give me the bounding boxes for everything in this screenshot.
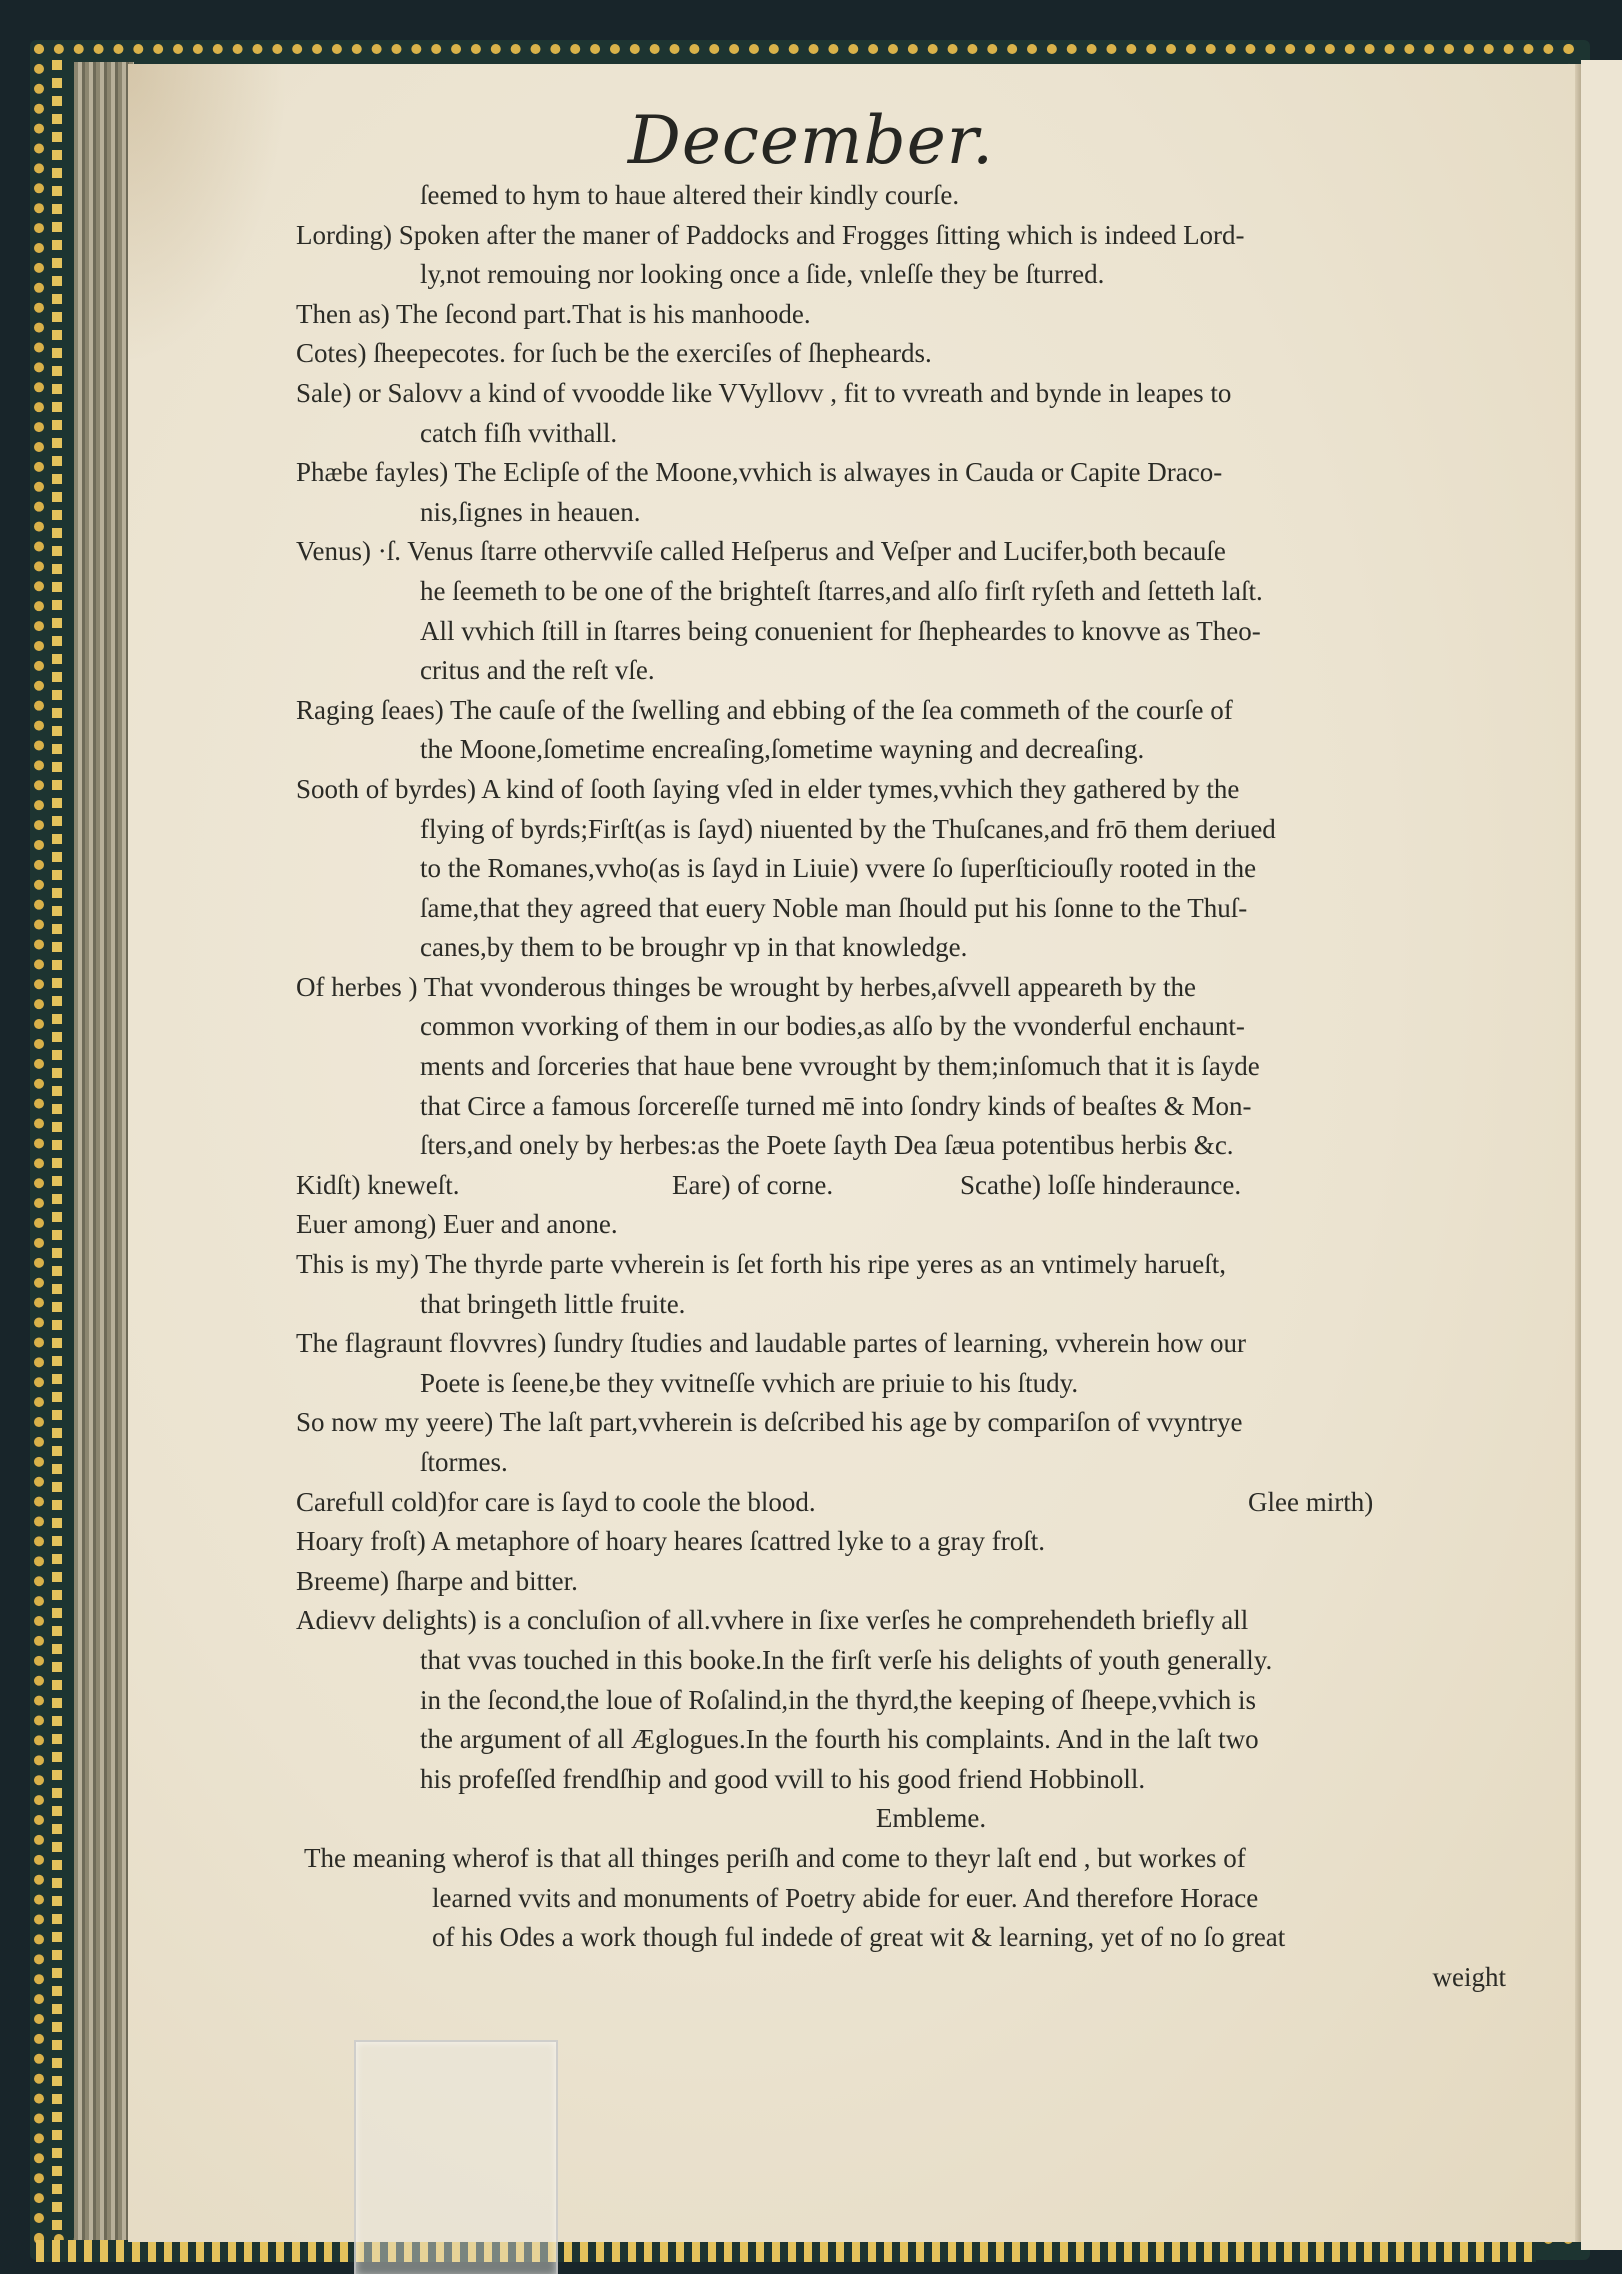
gloss-entry-continuation: All vvhich ſtill in ſtarres being conuen… [296,612,1506,652]
gloss-definition: The laſt part,vvherein is deſcribed his … [499,1407,1242,1437]
page-gutter [1575,64,1581,2242]
gloss-term: Scathe) [960,1166,1041,1206]
gloss-entry: Euer among) Euer and anone. [296,1205,1506,1245]
adjacent-page-edge [1581,60,1622,2250]
gloss-careful-row: Carefull cold)for care is ſayd to coole … [296,1483,1506,1523]
gloss-entry: Raging ſeaes) The cauſe of the ſwelling … [296,691,1506,770]
page-heading: December. [0,102,1622,179]
gloss-entry-first-line: So now my yeere) The laſt part,vvherein … [296,1403,1506,1443]
gloss-term: So now my yeere) [296,1407,493,1437]
gloss-entry: Adievv delights) is a concluſion of all.… [296,1601,1506,1799]
gloss-definition: ſundry ſtudies and laudable partes of le… [553,1328,1246,1358]
gloss-entry-continuation: nis,ſignes in heauen. [296,493,1506,533]
gloss-entry: Hoary froſt) A metaphore of hoary heares… [296,1522,1506,1562]
gloss-entry-continuation: Poete is ſeene,be they vvitneſſe vvhich … [296,1364,1506,1404]
emblem-line: The meaning wherof is that all thinges p… [296,1839,1506,1879]
gloss-entry-scathe: Scathe) loſſe hinderaunce. [960,1166,1241,1206]
gloss-term: Of herbes ) [296,972,417,1002]
gloss-term: Raging ſeaes) [296,695,444,725]
gloss-entry-first-line: This is my) The thyrde parte vvherein is… [296,1245,1506,1285]
gloss-entry-glee: Glee mirth) [1248,1483,1373,1523]
gloss-entry-first-line: Sooth of byrdes) A kind of ſooth ſaying … [296,770,1506,810]
gloss-entry-first-line: Phæbe fayles) The Eclipſe of the Moone,v… [296,453,1506,493]
gloss-entry-first-line: Cotes) ſheepecotes. for ſuch be the exer… [296,334,1506,374]
gloss-entry: Sooth of byrdes) A kind of ſooth ſaying … [296,770,1506,968]
gloss-entry-eare: Eare) of corne. [672,1166,960,1206]
gloss-entry-first-line: The flagraunt flovvres) ſundry ſtudies a… [296,1324,1506,1364]
gloss-definition: for care is ſayd to coole the blood. [447,1483,816,1523]
gloss-entry-first-line: Sale) or Salovv a kind of vvoodde like V… [296,374,1506,414]
gloss-lead-line: ſeemed to hym to haue altered their kind… [296,176,1506,216]
gloss-entry-continuation: ly,not remouing nor looking once a ſide,… [296,255,1506,295]
gloss-entry-continuation: ments and ſorceries that haue bene vvrou… [296,1047,1506,1087]
gloss-definition: The ſecond part.That is his manhoode. [396,299,811,329]
gloss-entries-group-3: Hoary froſt) A metaphore of hoary heares… [296,1522,1506,1799]
gilt-inner-border [52,60,62,2230]
gloss-triple-row: Kidſt) kneweſt. Eare) of corne. Scathe) … [296,1166,1506,1206]
gloss-entry-continuation: flying of byrds;Firſt(as is ſayd) niuent… [296,810,1506,850]
gloss-entry-carefull: Carefull cold)for care is ſayd to coole … [296,1483,1248,1523]
gloss-term: Breeme) [296,1566,389,1596]
gloss-entry-kidst: Kidſt) kneweſt. [296,1166,672,1206]
gloss-entry-first-line: Raging ſeaes) The cauſe of the ſwelling … [296,691,1506,731]
gloss-term: Sooth of byrdes) [296,774,476,804]
gloss-term: This is my) [296,1249,419,1279]
page-weight-clip [354,2040,558,2274]
gloss-definition: Euer and anone. [443,1209,618,1239]
gloss-entry-first-line: Lording) Spoken after the maner of Paddo… [296,216,1506,256]
gloss-entry: Sale) or Salovv a kind of vvoodde like V… [296,374,1506,453]
gloss-entry-continuation: to the Romanes,vvho(as is ſayd in Liuie)… [296,849,1506,889]
gloss-definition: The cauſe of the ſwelling and ebbing of … [450,695,1233,725]
gloss-definition: kneweſt. [367,1166,459,1206]
gloss-entry: Of herbes ) That vvonderous thinges be w… [296,968,1506,1166]
gloss-term: Euer among) [296,1209,436,1239]
gloss-term: Adievv delights) [296,1605,477,1635]
gloss-definition: is a concluſion of all.vvhere in ſixe ve… [483,1605,1248,1635]
catchword: weight [296,1958,1506,1998]
gloss-entry-first-line: Venus) ·ſ. Venus ſtarre othervviſe calle… [296,532,1506,572]
gloss-term: Lording) [296,220,392,250]
gloss-entry-first-line: Breeme) ſharpe and bitter. [296,1562,1506,1602]
gloss-entry: So now my yeere) The laſt part,vvherein … [296,1403,1506,1482]
gloss-definition: That vvonderous thinges be wrought by he… [424,972,1196,1002]
gloss-definition: The Eclipſe of the Moone,vvhich is alway… [454,457,1222,487]
gloss-entry-continuation: that bringeth little fruite. [296,1285,1506,1325]
gloss-entry-continuation: his profeſſed frendſhip and good vvill t… [296,1760,1506,1800]
gloss-term: Kidſt) [296,1166,361,1206]
gloss-entry-continuation: catch fiſh vvithall. [296,414,1506,454]
gloss-entry-first-line: Hoary froſt) A metaphore of hoary heares… [296,1522,1506,1562]
gloss-definition: The thyrde parte vvherein is ſet forth h… [425,1249,1226,1279]
gloss-entry-continuation: critus and the reſt vſe. [296,651,1506,691]
gloss-term: Hoary froſt) [296,1526,426,1556]
emblem-line: of his Odes a work though ful indede of … [296,1918,1506,1958]
gloss-entry-continuation: ſtormes. [296,1443,1506,1483]
gloss-definition: ·ſ. Venus ſtarre othervviſe called Heſpe… [378,536,1226,566]
gloss-entry-continuation: that Circe a famous ſorcereſſe turned mē… [296,1087,1506,1127]
gloss-entries-group-1: Lording) Spoken after the maner of Paddo… [296,216,1506,1166]
gloss-entry-continuation: ſame,that they agreed that euery Noble m… [296,889,1506,929]
gloss-term: Eare) [672,1166,730,1206]
gloss-entry-continuation: he ſeemeth to be one of the brighteſt ſt… [296,572,1506,612]
gloss-definition: ſheepecotes. for ſuch be the exerciſes o… [373,338,932,368]
gloss-entry-continuation: that vvas touched in this booke.In the f… [296,1641,1506,1681]
gloss-definition: or Salovv a kind of vvoodde like VVyllov… [358,378,1231,408]
gloss-entry: The flagraunt flovvres) ſundry ſtudies a… [296,1324,1506,1403]
gloss-entry-continuation: ſters,and onely by herbes:as the Poete ſ… [296,1126,1506,1166]
gloss-entry-continuation: common vvorking of them in our bodies,as… [296,1007,1506,1047]
gloss-definition: loſſe hinderaunce. [1048,1166,1241,1206]
gloss-entry-continuation: the argument of all Æglogues.In the four… [296,1720,1506,1760]
gloss-entry-first-line: Then as) The ſecond part.That is his man… [296,295,1506,335]
gloss-term: Sale) [296,378,351,408]
gloss-definition: ſharpe and bitter. [396,1566,578,1596]
gloss-definition: A metaphore of hoary heares ſcattred lyk… [431,1526,1045,1556]
gloss-term: Then as) [296,299,390,329]
gloss-entry: Venus) ·ſ. Venus ſtarre othervviſe calle… [296,532,1506,690]
gloss-entry: This is my) The thyrde parte vvherein is… [296,1245,1506,1324]
gloss-term: Cotes) [296,338,367,368]
gloss-entry: Cotes) ſheepecotes. for ſuch be the exer… [296,334,1506,374]
gloss-definition: Spoken after the maner of Paddocks and F… [399,220,1245,250]
gloss-entry: Lording) Spoken after the maner of Paddo… [296,216,1506,295]
gloss-definition: of corne. [737,1166,833,1206]
gloss-entry-continuation: in the ſecond,the loue of Roſalind,in th… [296,1681,1506,1721]
gloss-term: Phæbe fayles) [296,457,448,487]
gloss-term: The flagraunt flovvres) [296,1328,546,1358]
gloss-entry-first-line: Adievv delights) is a concluſion of all.… [296,1601,1506,1641]
emblem-title: Embleme. [296,1799,1506,1839]
gloss-entry: Phæbe fayles) The Eclipſe of the Moone,v… [296,453,1506,532]
emblem-line: learned vvits and monuments of Poetry ab… [296,1879,1506,1919]
gloss-entry-first-line: Euer among) Euer and anone. [296,1205,1506,1245]
gloss-entry-first-line: Of herbes ) That vvonderous thinges be w… [296,968,1506,1008]
gloss-term: Carefull cold) [296,1483,447,1523]
gloss-entry-continuation: canes,by them to be broughr vp in that k… [296,928,1506,968]
gloss-definition: A kind of ſooth ſaying vſed in elder tym… [481,774,1239,804]
page-edges [74,62,134,2242]
gilt-bottom-border [36,2240,1536,2262]
gloss-entry-continuation: the Moone,ſometime encreaſing,ſometime w… [296,730,1506,770]
gloss-entry: Breeme) ſharpe and bitter. [296,1562,1506,1602]
gloss-entries-group-2: Euer among) Euer and anone.This is my) T… [296,1205,1506,1482]
gloss-text: ſeemed to hym to haue altered their kind… [296,176,1506,1997]
gloss-term: Venus) [296,536,371,566]
gloss-entry: Then as) The ſecond part.That is his man… [296,295,1506,335]
